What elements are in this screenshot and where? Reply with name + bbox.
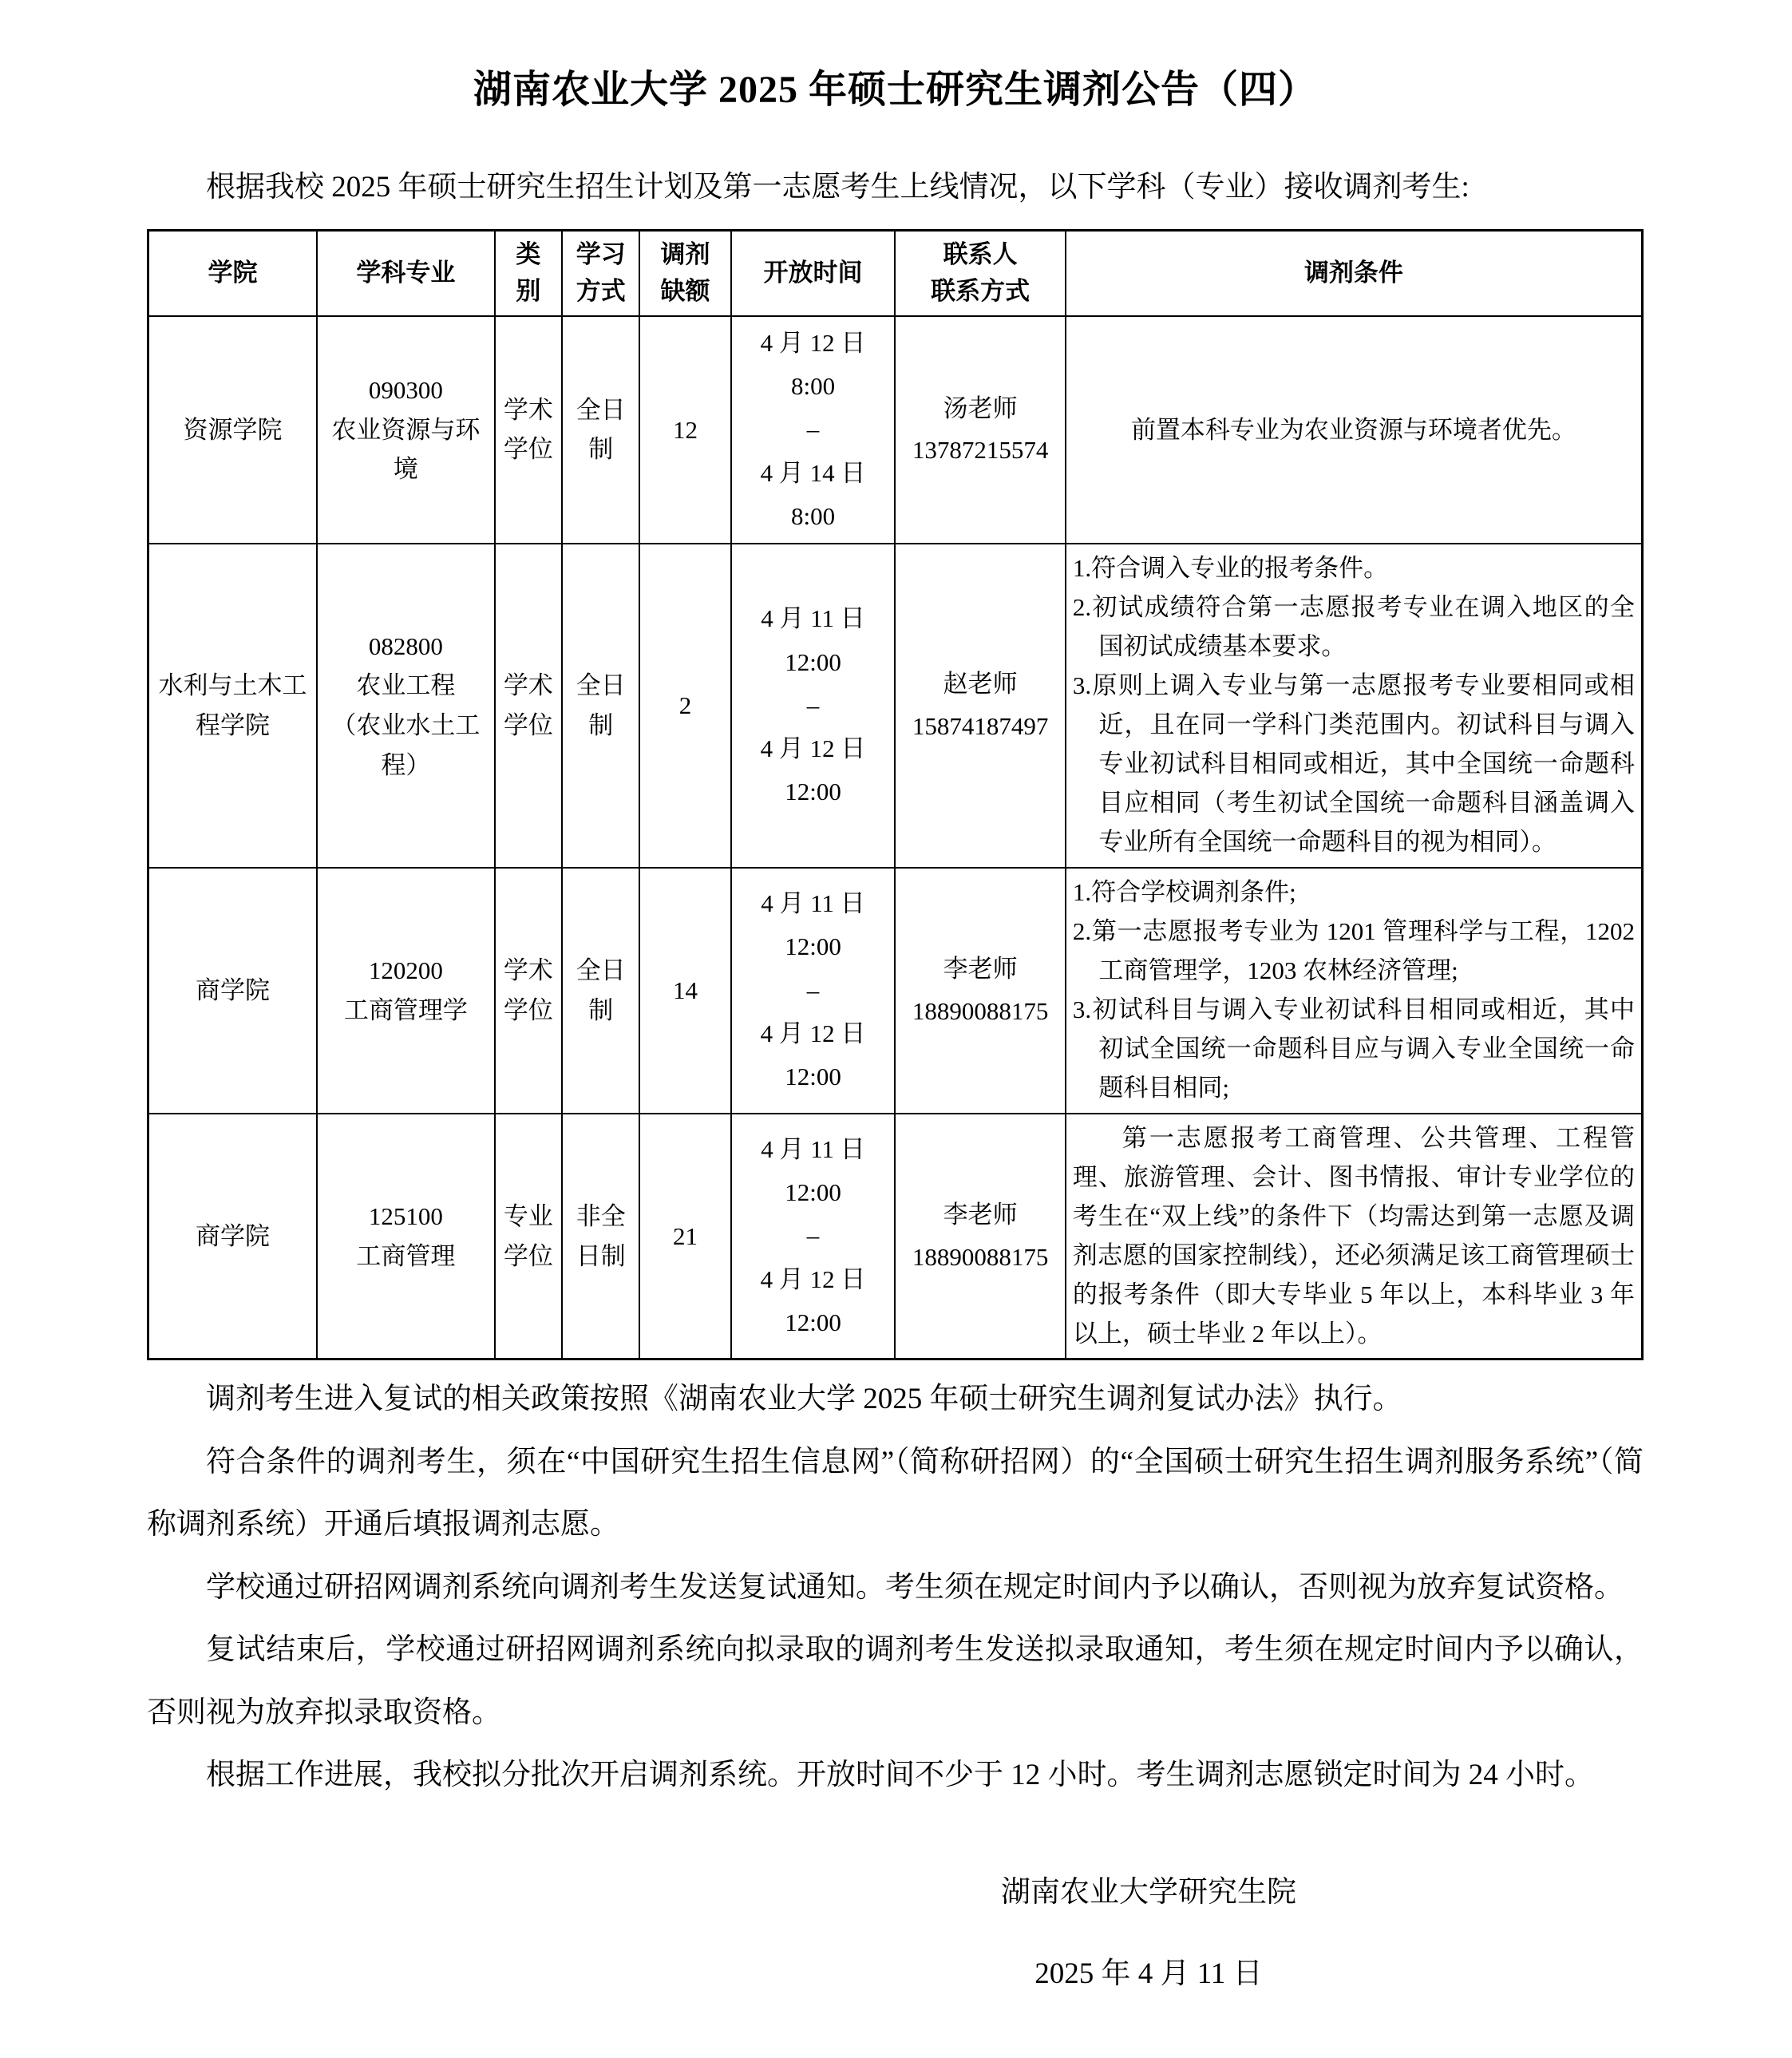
condition-cell: 第一志愿报考工商管理、公共管理、工程管理、旅游管理、会计、图书情报、审计专业学位… — [1066, 1114, 1643, 1359]
major-cell: 120200 工商管理学 — [317, 868, 495, 1114]
contact-phone: 13787215574 — [902, 429, 1058, 472]
open-time-line: 12:00 — [738, 641, 888, 684]
major-cell: 082800 农业工程 （农业水土工程） — [317, 544, 495, 868]
page-title: 湖南农业大学 2025 年硕士研究生调剂公告（四） — [147, 58, 1644, 113]
body-paragraph-2: 符合条件的调剂考生，须在“中国研究生招生信息网”（简称研招网）的“全国硕士研究生… — [147, 1431, 1644, 1557]
open-time-cell: 4 月 11 日 12:00 – 4 月 12 日 12:00 — [731, 868, 896, 1114]
condition-item: 2.第一志愿报考专业为 1201 管理科学与工程，1202 工商管理学，1203… — [1073, 912, 1635, 991]
open-time-line: 4 月 12 日 — [738, 1012, 888, 1055]
mode-cell: 全日制 — [562, 868, 639, 1114]
category-cell: 学术 学位 — [495, 868, 562, 1114]
condition-item: 3.初试科目与调入专业初试科目相同或相近，其中初试全国统一命题科目应与调入专业全… — [1073, 991, 1635, 1108]
contact-phone: 18890088175 — [902, 1237, 1058, 1279]
condition-item: 1.符合学校调剂条件; — [1073, 873, 1635, 912]
col-header-condition: 调剂条件 — [1066, 230, 1643, 316]
col-header-open-time: 开放时间 — [731, 230, 896, 316]
quota-cell: 12 — [639, 316, 730, 544]
category-cell: 专业 学位 — [495, 1114, 562, 1359]
open-time-cell: 4 月 11 日 12:00 – 4 月 12 日 12:00 — [731, 1114, 896, 1359]
open-time-line: 12:00 — [738, 1055, 888, 1098]
body-paragraph-3: 学校通过研招网调剂系统向调剂考生发送复试通知。考生须在规定时间内予以确认，否则视… — [147, 1557, 1644, 1619]
condition-item: 2.初试成绩符合第一志愿报考专业在调入地区的全国初试成绩基本要求。 — [1073, 588, 1635, 667]
open-time-line: 4 月 14 日 8:00 — [738, 452, 888, 539]
body-paragraph-4: 复试结束后，学校通过研招网调剂系统向拟录取的调剂考生发送拟录取通知，考生须在规定… — [147, 1619, 1644, 1744]
open-time-cell: 4 月 11 日 12:00 – 4 月 12 日 12:00 — [731, 544, 896, 868]
col-header-category: 类 别 — [495, 230, 562, 316]
open-time-line: 12:00 — [738, 770, 888, 813]
contact-phone: 18890088175 — [902, 991, 1058, 1033]
contact-name: 李老师 — [902, 948, 1058, 991]
open-time-line: 4 月 12 日 — [738, 1258, 888, 1301]
open-time-dash: – — [738, 408, 888, 451]
condition-paragraph: 第一志愿报考工商管理、公共管理、工程管理、旅游管理、会计、图书情报、审计专业学位… — [1073, 1119, 1635, 1354]
document-page: 湖南农业大学 2025 年硕士研究生调剂公告（四） 根据我校 2025 年硕士研… — [0, 0, 1792, 2058]
contact-cell: 李老师 18890088175 — [895, 1114, 1065, 1359]
body-text: 调剂考生进入复试的相关政策按照《湖南农业大学 2025 年硕士研究生调剂复试办法… — [147, 1368, 1644, 1807]
table-row: 商学院 125100 工商管理 专业 学位 非全日制 21 4 月 11 日 1… — [148, 1114, 1643, 1359]
contact-phone: 15874187497 — [902, 706, 1058, 748]
open-time-line: 4 月 11 日 — [738, 597, 888, 640]
open-time-dash: – — [738, 969, 888, 1012]
open-time-dash: – — [738, 684, 888, 727]
category-cell: 学术 学位 — [495, 316, 562, 544]
open-time-line: 4 月 11 日 — [738, 882, 888, 925]
col-header-study-mode: 学习 方式 — [562, 230, 639, 316]
table-row: 商学院 120200 工商管理学 学术 学位 全日制 14 4 月 11 日 1… — [148, 868, 1643, 1114]
mode-cell: 非全日制 — [562, 1114, 639, 1359]
contact-cell: 李老师 18890088175 — [895, 868, 1065, 1114]
body-paragraph-1: 调剂考生进入复试的相关政策按照《湖南农业大学 2025 年硕士研究生调剂复试办法… — [147, 1368, 1644, 1431]
college-cell: 资源学院 — [148, 316, 318, 544]
category-cell: 学术 学位 — [495, 544, 562, 868]
condition-cell: 前置本科专业为农业资源与环境者优先。 — [1066, 316, 1643, 544]
college-cell: 商学院 — [148, 1114, 318, 1359]
table-row: 水利与土木工程学院 082800 农业工程 （农业水土工程） 学术 学位 全日制… — [148, 544, 1643, 868]
quota-cell: 14 — [639, 868, 730, 1114]
col-header-major: 学科专业 — [317, 230, 495, 316]
open-time-dash: – — [738, 1214, 888, 1257]
major-cell: 090300 农业资源与环境 — [317, 316, 495, 544]
mode-cell: 全日制 — [562, 544, 639, 868]
contact-name: 汤老师 — [902, 388, 1058, 430]
condition-item: 3.原则上调入专业与第一志愿报考专业要相同或相近，且在同一学科门类范围内。初试科… — [1073, 667, 1635, 862]
open-time-line: 4 月 11 日 — [738, 1128, 888, 1171]
table-row: 资源学院 090300 农业资源与环境 学术 学位 全日制 12 4 月 12 … — [148, 316, 1643, 544]
signature-org: 湖南农业大学研究生院 — [893, 1863, 1404, 1922]
adjustment-table: 学院 学科专业 类 别 学习 方式 调剂 缺额 开放时间 联系人 联系方式 调剂… — [147, 229, 1644, 1361]
condition-cell: 1.符合调入专业的报考条件。 2.初试成绩符合第一志愿报考专业在调入地区的全国初… — [1066, 544, 1643, 868]
col-header-college: 学院 — [148, 230, 318, 316]
college-cell: 水利与土木工程学院 — [148, 544, 318, 868]
signature-date: 2025 年 4 月 11 日 — [893, 1945, 1404, 2004]
condition-item: 1.符合调入专业的报考条件。 — [1073, 549, 1635, 588]
col-header-contact: 联系人 联系方式 — [895, 230, 1065, 316]
condition-cell: 1.符合学校调剂条件; 2.第一志愿报考专业为 1201 管理科学与工程，120… — [1066, 868, 1643, 1114]
contact-name: 李老师 — [902, 1194, 1058, 1237]
contact-cell: 赵老师 15874187497 — [895, 544, 1065, 868]
major-cell: 125100 工商管理 — [317, 1114, 495, 1359]
quota-cell: 21 — [639, 1114, 730, 1359]
signature-block: 湖南农业大学研究生院 2025 年 4 月 11 日 — [893, 1863, 1404, 2004]
quota-cell: 2 — [639, 544, 730, 868]
open-time-line: 4 月 12 日 8:00 — [738, 322, 888, 409]
col-header-quota: 调剂 缺额 — [639, 230, 730, 316]
open-time-line: 4 月 12 日 — [738, 727, 888, 770]
open-time-line: 12:00 — [738, 1171, 888, 1214]
contact-cell: 汤老师 13787215574 — [895, 316, 1065, 544]
mode-cell: 全日制 — [562, 316, 639, 544]
body-paragraph-5: 根据工作进展，我校拟分批次开启调剂系统。开放时间不少于 12 小时。考生调剂志愿… — [147, 1744, 1644, 1807]
open-time-line: 12:00 — [738, 925, 888, 968]
open-time-cell: 4 月 12 日 8:00 – 4 月 14 日 8:00 — [731, 316, 896, 544]
intro-paragraph: 根据我校 2025 年硕士研究生招生计划及第一志愿考生上线情况，以下学科（专业）… — [147, 157, 1644, 218]
college-cell: 商学院 — [148, 868, 318, 1114]
open-time-line: 12:00 — [738, 1301, 888, 1344]
table-header-row: 学院 学科专业 类 别 学习 方式 调剂 缺额 开放时间 联系人 联系方式 调剂… — [148, 230, 1643, 316]
contact-name: 赵老师 — [902, 663, 1058, 706]
